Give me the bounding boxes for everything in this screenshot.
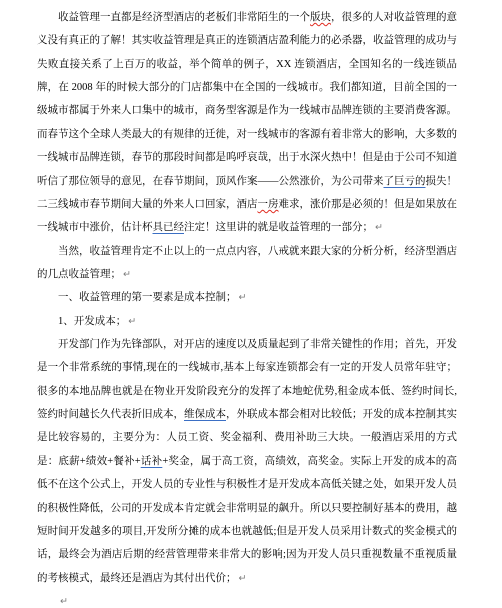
grammar-error-text: 话补	[141, 456, 163, 467]
paragraph-mark-icon: ↵	[58, 596, 68, 607]
body-text: 一、收益管理的第一要素是成本控制；	[58, 292, 237, 303]
body-text: ，很多的人对收益管理的意义没有真正的了解！其实收益管理是真正的连锁酒店盈利能力的…	[37, 12, 457, 187]
body-text: 注定！这里讲的就是收益管理的一部分；	[184, 222, 373, 233]
body-text: +奖金，属于高工资，高绩效，高奖金。实际上开发的成本的高低不在这个公式上，开发人…	[37, 456, 457, 584]
grammar-error-text: 了巨亏的	[384, 176, 426, 187]
para-transition: 当然，收益管理肯定不止以上的一点点内容，八戒就来跟大家的分析分析，经济型酒店的几…	[37, 240, 457, 287]
document-body: 收益管理一直都是经济型酒店的老板们非常陌生的一个版块，很多的人对收益管理的意义没…	[37, 6, 457, 608]
document-page: 收益管理一直都是经济型酒店的老板们非常陌生的一个版块，很多的人对收益管理的意义没…	[0, 0, 502, 608]
body-text: 开发部门作为先锋部队，对开店的速度以及质量起到了非常关键性的作用；首先，开发是一…	[37, 339, 457, 420]
para-heading-1: 一、收益管理的第一要素是成本控制；↵	[37, 286, 457, 309]
spell-error-text: 版块	[310, 12, 331, 23]
paragraph-mark-icon: ↵	[373, 222, 383, 233]
body-text: 当然，收益管理肯定不止以上的一点点内容，八戒就来跟大家的分析分析，经济型酒店的几…	[37, 246, 457, 280]
body-text: 1、开发成本；	[58, 316, 126, 327]
paragraph-mark-icon: ↵	[237, 292, 247, 303]
para-development-cost: 开发部门作为先锋部队，对开店的速度以及质量起到了非常关键性的作用；首先，开发是一…	[37, 333, 457, 590]
spell-error-text: 一房	[258, 199, 279, 210]
body-text: 收益管理一直都是经济型酒店的老板们非常陌生的一个	[58, 12, 310, 23]
grammar-error-text: 维保成本	[184, 409, 226, 420]
paragraph-mark-icon: ↵	[126, 316, 136, 327]
para-subheading-1: 1、开发成本；↵	[37, 310, 457, 333]
paragraph-mark-icon: ↵	[121, 269, 131, 280]
para-empty: ↵	[37, 590, 457, 608]
para-intro: 收益管理一直都是经济型酒店的老板们非常陌生的一个版块，很多的人对收益管理的意义没…	[37, 6, 457, 240]
paragraph-mark-icon: ↵	[237, 573, 247, 584]
grammar-error-text: 具已经	[153, 222, 185, 233]
